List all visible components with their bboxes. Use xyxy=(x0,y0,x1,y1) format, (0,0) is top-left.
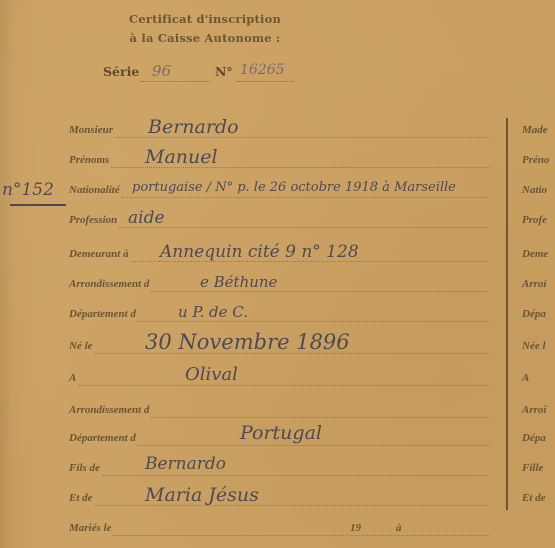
serie-label: Série xyxy=(103,64,139,79)
right-field-label: Profe xyxy=(522,214,547,226)
field-dotted-line xyxy=(78,384,490,386)
field-label: Arrondissement d xyxy=(69,404,149,416)
field-label: Nationalité xyxy=(69,184,120,196)
field-value: e Béthune xyxy=(200,273,277,291)
field-dotted-line xyxy=(102,474,490,476)
field-label: Monsieur xyxy=(69,124,113,136)
year-prefix: 19 xyxy=(350,522,361,534)
certificate-header: Certificat d'inscription à la Caisse Aut… xyxy=(0,10,410,48)
right-field-label: Arroi xyxy=(522,404,546,416)
field-label: Département d xyxy=(69,308,136,320)
field-label: Prénoms xyxy=(69,154,109,166)
right-field-label: Née l xyxy=(522,340,546,352)
right-field-label: Made xyxy=(522,124,548,136)
right-field-label: Préno xyxy=(522,154,550,166)
field-dotted-line xyxy=(122,196,490,198)
number-label: N° xyxy=(215,64,233,79)
field-label: Demeurant à xyxy=(69,248,129,260)
right-field-label: Dépa xyxy=(522,432,546,444)
serie-value: 96 xyxy=(152,62,171,80)
field-dotted-line xyxy=(138,444,490,446)
margin-note: n°152 xyxy=(2,180,54,200)
field-label: Profession xyxy=(69,214,117,226)
field-value: Olival xyxy=(185,364,238,385)
field-value: Maria Jésus xyxy=(145,484,259,506)
place-label: à xyxy=(396,522,402,534)
field-value: Bernardo xyxy=(145,454,226,474)
field-dotted-line xyxy=(151,416,490,418)
field-value: Annequin cité 9 n° 128 xyxy=(160,242,359,262)
number-line xyxy=(236,80,294,82)
field-value: Manuel xyxy=(145,146,218,168)
field-dotted-line xyxy=(113,534,490,536)
field-label: Fils de xyxy=(69,462,100,474)
field-value: Bernardo xyxy=(148,116,239,138)
field-label: Mariés le xyxy=(69,522,111,534)
margin-underline xyxy=(10,204,66,206)
number-value: 16265 xyxy=(240,62,285,78)
field-label: Et de xyxy=(69,492,93,504)
serie-line xyxy=(140,80,210,82)
field-label: A xyxy=(69,372,76,384)
header-line-1: Certificat d'inscription xyxy=(0,10,410,29)
right-field-label: Dépa xyxy=(522,308,546,320)
field-value: 30 Novembre 1896 xyxy=(145,330,350,354)
field-label: Arrondissement d xyxy=(69,278,149,290)
field-value: u P. de C. xyxy=(178,303,248,321)
right-field-label: Deme xyxy=(522,248,548,260)
right-field-label: A xyxy=(522,372,529,384)
right-field-label: Et de xyxy=(522,492,546,504)
field-value: Portugal xyxy=(240,422,322,444)
header-line-2: à la Caisse Autonome : xyxy=(0,29,410,48)
field-value: aide xyxy=(128,208,165,228)
right-field-label: Fille xyxy=(522,462,543,474)
right-field-label: Arroi xyxy=(522,278,546,290)
field-label: Né le xyxy=(69,340,93,352)
field-value: portugaise / N° p. le 26 octobre 1918 à … xyxy=(132,180,456,195)
field-label: Département d xyxy=(69,432,136,444)
column-divider xyxy=(506,118,508,510)
right-field-label: Natio xyxy=(522,184,547,196)
field-dotted-line xyxy=(119,226,490,228)
